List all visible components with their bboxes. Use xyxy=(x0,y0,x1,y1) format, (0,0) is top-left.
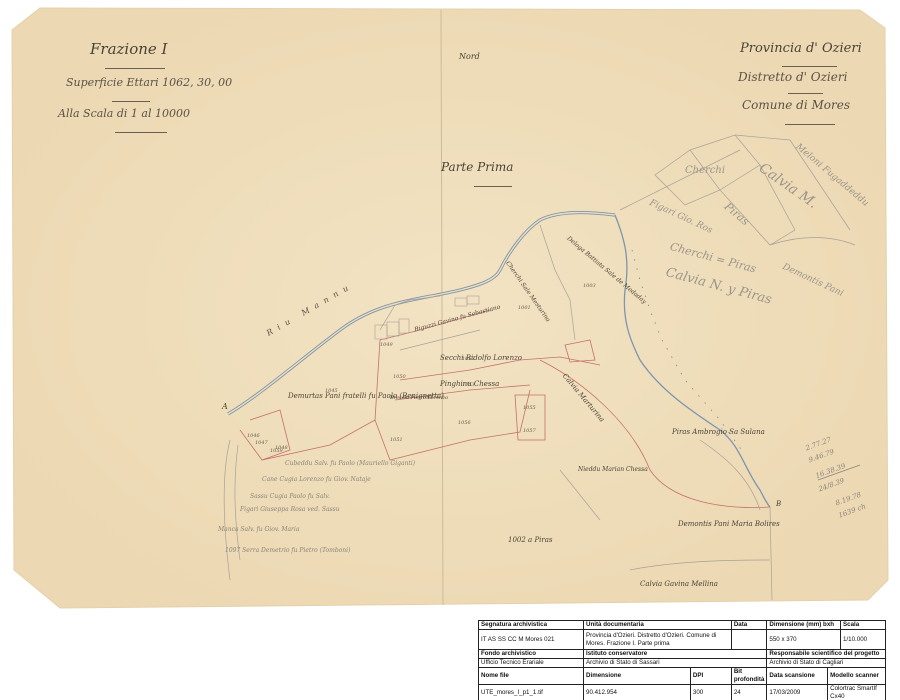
parcel-number: 1051 xyxy=(390,437,403,443)
parcel-number: 1003 xyxy=(583,283,596,289)
owner-note: Cane Cugia Lorenzo fu Giov. Nataje xyxy=(262,476,371,483)
archival-metadata-table: Segnatura archivistica Unità documentari… xyxy=(478,620,886,700)
municipality-label: Comune di Mores xyxy=(742,98,850,112)
value-bit: 24 xyxy=(731,685,767,700)
fraction-title: Frazione I xyxy=(90,40,167,58)
owner-note: 1097 Serra Demetrio fu Pietro (Tomboni) xyxy=(225,547,350,554)
point-a-label: A xyxy=(222,402,228,411)
value-modello-scanner: Colortrac SmartIf Cx40 xyxy=(828,685,886,700)
parcel-number: 1057 xyxy=(523,428,536,434)
owner-label: Nieddu Marian Chessa xyxy=(578,466,648,473)
header-dpi: DPI xyxy=(690,668,731,685)
header-bit: Bit profondità xyxy=(731,668,767,685)
parcel-number: 1052 xyxy=(462,356,475,362)
parcel-number: 1047 xyxy=(255,440,268,446)
province-label: Provincia d' Ozieri xyxy=(740,41,862,56)
value-istituto: Archivio di Stato di Sassari xyxy=(584,659,767,668)
owner-label: Calvia Gavina Mellina xyxy=(640,580,718,588)
header-responsabile: Responsabile scientifico del progetto xyxy=(767,650,886,659)
owner-note: Sassu Cugia Paolo fu Salv. xyxy=(250,493,330,500)
value-fondo: Ufficio Tecnico Erariale xyxy=(479,659,584,668)
owner-label: Demontis Pani Maria Bolires xyxy=(678,520,780,528)
header-data-scansione: Data scansione xyxy=(767,668,828,685)
divider xyxy=(788,93,823,94)
owner-label: 1002 a Piras xyxy=(508,536,553,544)
value-unita: Provincia d'Ozieri. Distretto d'Ozieri. … xyxy=(584,630,732,650)
parcel-number: 1001 xyxy=(518,305,531,311)
owner-note: Figari Giuseppa Rosa ved. Sassu xyxy=(240,506,340,513)
divider xyxy=(115,132,167,133)
value-dpi: 300 xyxy=(690,685,731,700)
divider xyxy=(782,66,837,67)
header-scala: Scala xyxy=(841,621,886,630)
parcel-number: 1046 xyxy=(247,433,260,439)
owner-note: Manca Salv. fu Giov. Maria xyxy=(218,526,299,533)
divider xyxy=(105,68,165,69)
header-nome-file: Nome file xyxy=(479,668,584,685)
header-data: Data xyxy=(731,621,767,630)
pencil-note: Cherchi xyxy=(685,165,725,176)
value-segnatura: IT AS SS CC M Mores 021 xyxy=(479,630,584,650)
cadastral-map-sheet: Frazione I Superficie Ettari 1062, 30, 0… xyxy=(0,0,900,620)
header-segnatura: Segnatura archivistica xyxy=(479,621,584,630)
header-fondo: Fondo archivistico xyxy=(479,650,584,659)
parcel-number: 1050 xyxy=(393,374,406,380)
parcel-number: 1056 xyxy=(458,420,471,426)
header-dimensione-mm: Dimensione (mm) bxh xyxy=(767,621,841,630)
scale-label: Alla Scala di 1 al 10000 xyxy=(58,107,190,120)
point-b-label: B xyxy=(776,500,781,508)
parcel-number: 1045 xyxy=(325,388,338,394)
parcel-number: 1049 xyxy=(380,342,393,348)
value-responsabile: Archivio di Stato di Cagliari xyxy=(767,659,886,668)
owner-label: Secchi Ridolfo Lorenzo xyxy=(440,354,522,362)
value-data xyxy=(731,630,767,650)
value-dimensione-mm: 550 x 370 xyxy=(767,630,841,650)
divider xyxy=(474,186,512,187)
value-scala: 1/10.000 xyxy=(841,630,886,650)
north-label: Nord xyxy=(459,52,480,61)
header-modello-scanner: Modello scanner xyxy=(828,668,886,685)
parcel-number: 1059 xyxy=(270,448,283,454)
header-unita: Unità documentaria xyxy=(584,621,732,630)
parcel-number: 1054 xyxy=(420,395,433,401)
parcel-number: 1055 xyxy=(523,405,536,411)
parcel-number: 1053 xyxy=(462,382,475,388)
surface-area-label: Superficie Ettari 1062, 30, 00 xyxy=(66,76,232,89)
divider xyxy=(112,101,150,102)
district-label: Distretto d' Ozieri xyxy=(738,70,847,84)
part-label: Parte Prima xyxy=(441,160,513,174)
owner-label: Piras Ambrogio Sa Sulana xyxy=(672,428,765,436)
value-data-scansione: 17/03/2009 xyxy=(767,685,828,700)
value-dimensione: 90.412.954 xyxy=(584,685,691,700)
divider xyxy=(785,124,835,125)
header-dimensione: Dimensione xyxy=(584,668,691,685)
owner-note: Cubeddu Salv. fu Paolo (Mauriello Gigant… xyxy=(285,460,415,467)
value-nome-file: UTE_mores_I_p1_1.tif xyxy=(479,685,584,700)
header-istituto: Istituto conservatore xyxy=(584,650,767,659)
